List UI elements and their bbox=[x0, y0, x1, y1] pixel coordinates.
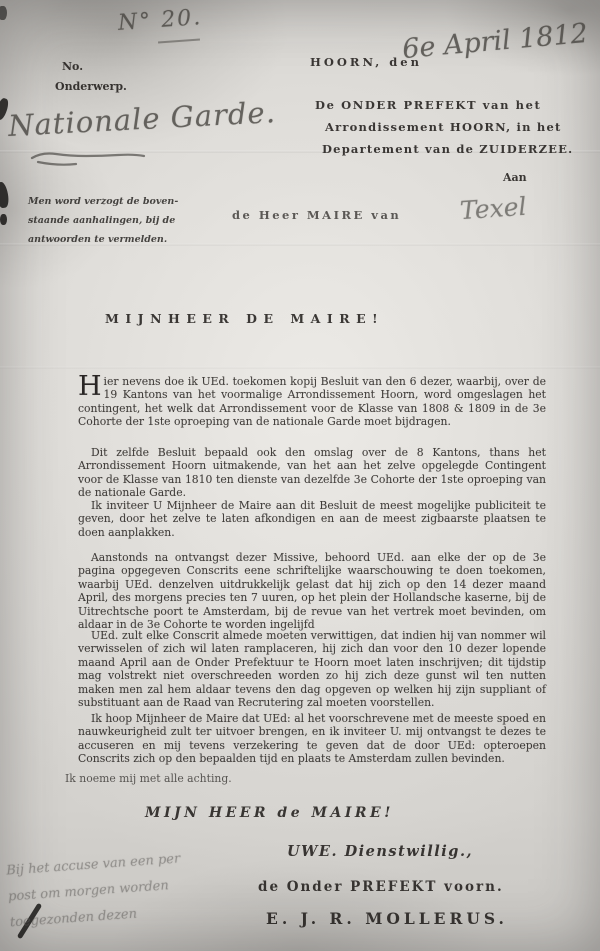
signature-role-line1: UWE. Dienstwillig., bbox=[287, 843, 473, 860]
salutation: MIJNHEER DE MAIRE! bbox=[105, 311, 384, 326]
margin-note-line1: Men word verzogt de boven- bbox=[28, 192, 178, 211]
dropcap-initial: H bbox=[78, 375, 104, 399]
body-paragraph-5: UEd. zult elke Conscrit almede moeten ve… bbox=[78, 629, 546, 709]
ink-flourish bbox=[28, 144, 148, 170]
margin-note-line2: staande aanhalingen, bij de bbox=[28, 211, 178, 230]
body-paragraph-3: Ik inviteer U Mijnheer de Maire aan dit … bbox=[78, 499, 546, 539]
ink-blot bbox=[0, 214, 7, 225]
recipient-printed: de Heer MAIRE van bbox=[232, 208, 401, 222]
ink-blot bbox=[0, 6, 7, 20]
handwritten-recipient: Texel bbox=[459, 192, 527, 226]
signature-name: E. J. R. MOLLERUS. bbox=[266, 909, 508, 928]
pencil-note: Bij het accuse van een per post om morge… bbox=[6, 846, 196, 937]
signature-role-line2: de Onder PREFEKT voorn. bbox=[258, 879, 504, 895]
body-paragraph-4: Aanstonds na ontvangst dezer Missive, be… bbox=[78, 551, 546, 631]
handwritten-doc-number: N° 20. bbox=[117, 5, 203, 36]
aan-label: Aan bbox=[503, 171, 527, 184]
letter-page: N° 20. No. Onderwerp. Nationale Garde. M… bbox=[0, 0, 600, 951]
no-label: No. bbox=[62, 60, 83, 73]
subject-label: Onderwerp. bbox=[55, 80, 127, 93]
sender-line3: Departement van de ZUIDERZEE. bbox=[322, 142, 573, 156]
body-paragraph-2: Dit zelfde Besluit bepaald ook den omsla… bbox=[78, 446, 546, 500]
body-paragraph-6: Ik hoop Mijnheer de Maire dat UEd: al he… bbox=[78, 712, 546, 766]
closing-line: Ik noeme mij met alle achting. bbox=[65, 772, 232, 785]
sender-line1: De ONDER PREFEKT van het bbox=[315, 98, 541, 112]
paper-crease bbox=[0, 366, 600, 369]
body-paragraph-1: Hier nevens doe ik UEd. toekomen kopij B… bbox=[78, 375, 546, 429]
margin-note-line3: antwoorden te vermelden. bbox=[28, 230, 178, 249]
doc-number-underline bbox=[158, 39, 200, 44]
paragraph-text: ier nevens doe ik UEd. toekomen kopij Be… bbox=[78, 375, 546, 428]
handwritten-date: 6e April 1812 bbox=[401, 18, 589, 65]
closing-salute: MIJN HEER de MAIRE! bbox=[145, 805, 394, 821]
sender-line2: Arrondissement HOORN, in het bbox=[325, 120, 561, 134]
handwritten-subject: Nationale Garde. bbox=[7, 95, 276, 143]
ink-blot bbox=[0, 181, 10, 209]
